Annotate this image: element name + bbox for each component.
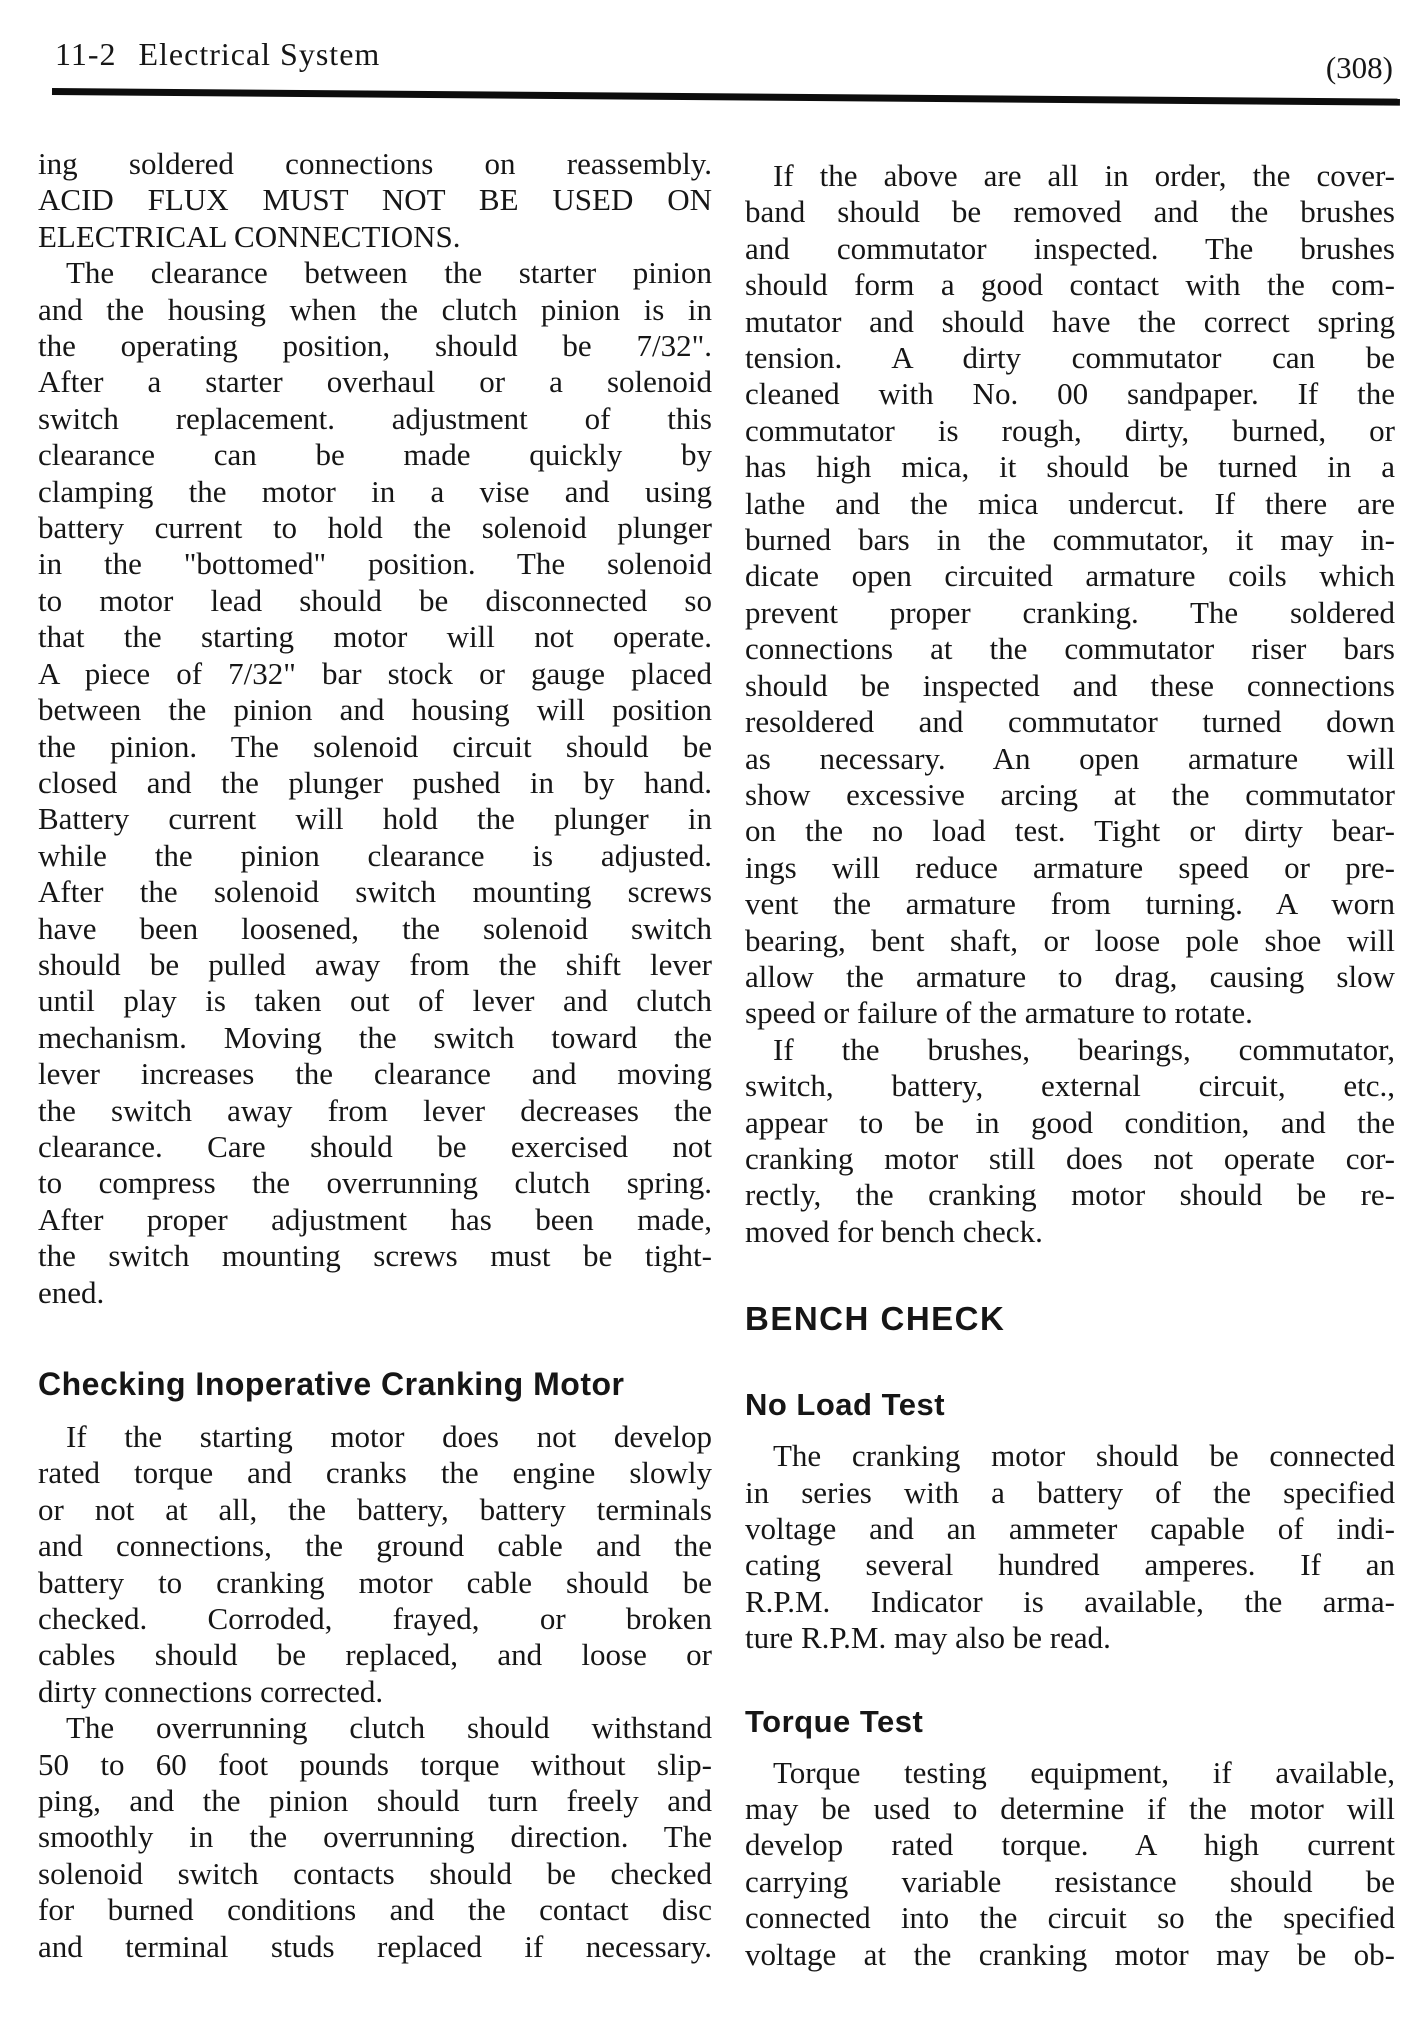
text-line: mechanism. Moving the switch toward the xyxy=(38,1020,712,1056)
header-left: 11-2Electrical System xyxy=(55,36,380,73)
text-line: cating several hundred amperes. If an xyxy=(745,1547,1395,1583)
text-line: and terminal studs replaced if necessary… xyxy=(38,1929,712,1965)
text-line: A piece of 7/32" bar stock or gauge plac… xyxy=(38,656,712,692)
running-header: 11-2Electrical System (308) xyxy=(55,34,1395,78)
text-line: connected into the circuit so the specif… xyxy=(745,1900,1395,1936)
text-line: battery to cranking motor cable should b… xyxy=(38,1565,712,1601)
text-line: should be inspected and these connection… xyxy=(745,668,1395,704)
header-title: Electrical System xyxy=(138,36,380,72)
paragraph: The cranking motor should be connectedin… xyxy=(745,1438,1395,1656)
text-line: lever increases the clearance and moving xyxy=(38,1056,712,1092)
text-line: smoothly in the overrunning direction. T… xyxy=(38,1819,712,1855)
text-line: clearance can be made quickly by xyxy=(38,437,712,473)
text-line: have been loosened, the solenoid switch xyxy=(38,911,712,947)
text-line: closed and the plunger pushed in by hand… xyxy=(38,765,712,801)
text-line: has high mica, it should be turned in a xyxy=(745,449,1395,485)
section-heading: No Load Test xyxy=(745,1384,1395,1426)
text-line: prevent proper cranking. The soldered xyxy=(745,595,1395,631)
text-line: dicate open circuited armature coils whi… xyxy=(745,558,1395,594)
section-heading: Checking Inoperative Cranking Motor xyxy=(38,1363,712,1405)
text-line: the pinion. The solenoid circuit should … xyxy=(38,729,712,765)
text-line: carrying variable resistance should be xyxy=(745,1864,1395,1900)
text-line: If the brushes, bearings, commutator, xyxy=(745,1032,1395,1068)
text-line: battery current to hold the solenoid plu… xyxy=(38,510,712,546)
text-line: switch replacement. adjustment of this xyxy=(38,401,712,437)
text-line: while the pinion clearance is adjusted. xyxy=(38,838,712,874)
text-line: checked. Corroded, frayed, or broken xyxy=(38,1601,712,1637)
text-line: cranking motor still does not operate co… xyxy=(745,1141,1395,1177)
text-line: R.P.M. Indicator is available, the arma- xyxy=(745,1584,1395,1620)
text-line: connections at the commutator riser bars xyxy=(745,631,1395,667)
right-column: If the above are all in order, the cover… xyxy=(745,158,1395,1973)
text-line: in the "bottomed" position. The solenoid xyxy=(38,546,712,582)
text-line: ACID FLUX MUST NOT BE USED ON xyxy=(38,182,712,218)
paragraph: The clearance between the starter pinion… xyxy=(38,255,712,1311)
text-line: Battery current will hold the plunger in xyxy=(38,801,712,837)
text-line: solenoid switch contacts should be check… xyxy=(38,1856,712,1892)
text-line: and connections, the ground cable and th… xyxy=(38,1528,712,1564)
paragraph: If the above are all in order, the cover… xyxy=(745,158,1395,1032)
left-column: ing soldered connections on reassembly.A… xyxy=(38,146,712,1965)
text-line: the switch away from lever decreases the xyxy=(38,1093,712,1129)
text-line: 50 to 60 foot pounds torque without slip… xyxy=(38,1747,712,1783)
text-line: between the pinion and housing will posi… xyxy=(38,692,712,728)
text-line: show excessive arcing at the commutator xyxy=(745,777,1395,813)
text-line: speed or failure of the armature to rota… xyxy=(745,995,1395,1031)
text-line: commutator is rough, dirty, burned, or xyxy=(745,413,1395,449)
text-line: until play is taken out of lever and clu… xyxy=(38,983,712,1019)
text-line: mutator and should have the correct spri… xyxy=(745,304,1395,340)
text-line: ture R.P.M. may also be read. xyxy=(745,1620,1395,1656)
text-line: may be used to determine if the motor wi… xyxy=(745,1791,1395,1827)
text-line: switch, battery, external circuit, etc., xyxy=(745,1068,1395,1104)
text-line: and commutator inspected. The brushes xyxy=(745,231,1395,267)
text-line: dirty connections corrected. xyxy=(38,1674,712,1710)
text-line: burned bars in the commutator, it may in… xyxy=(745,522,1395,558)
text-line: rectly, the cranking motor should be re- xyxy=(745,1177,1395,1213)
text-line: allow the armature to drag, causing slow xyxy=(745,959,1395,995)
text-line: appear to be in good condition, and the xyxy=(745,1105,1395,1141)
text-line: ened. xyxy=(38,1275,712,1311)
paragraph: Torque testing equipment, if available,m… xyxy=(745,1755,1395,1973)
text-line: If the above are all in order, the cover… xyxy=(745,158,1395,194)
text-line: ing soldered connections on reassembly. xyxy=(38,146,712,182)
text-line: The overrunning clutch should withstand xyxy=(38,1710,712,1746)
text-line: develop rated torque. A high current xyxy=(745,1827,1395,1863)
header-rule xyxy=(52,88,1400,106)
text-line: resoldered and commutator turned down xyxy=(745,704,1395,740)
text-line: voltage and an ammeter capable of indi- xyxy=(745,1511,1395,1547)
text-line: and the housing when the clutch pinion i… xyxy=(38,292,712,328)
text-line: clamping the motor in a vise and using xyxy=(38,474,712,510)
text-line: ping, and the pinion should turn freely … xyxy=(38,1783,712,1819)
text-line: tension. A dirty commutator can be xyxy=(745,340,1395,376)
text-line: should be pulled away from the shift lev… xyxy=(38,947,712,983)
text-line: the operating position, should be 7/32". xyxy=(38,328,712,364)
paragraph: If the brushes, bearings, commutator,swi… xyxy=(745,1032,1395,1250)
header-section-number: 11-2 xyxy=(55,36,116,72)
text-line: on the no load test. Tight or dirty bear… xyxy=(745,813,1395,849)
text-line: Torque testing equipment, if available, xyxy=(745,1755,1395,1791)
text-line: to compress the overrunning clutch sprin… xyxy=(38,1165,712,1201)
text-line: rated torque and cranks the engine slowl… xyxy=(38,1455,712,1491)
text-line: ELECTRICAL CONNECTIONS. xyxy=(38,219,712,255)
text-line: in series with a battery of the specifie… xyxy=(745,1475,1395,1511)
text-line: that the starting motor will not operate… xyxy=(38,619,712,655)
section-heading: Torque Test xyxy=(745,1701,1395,1743)
text-line: the switch mounting screws must be tight… xyxy=(38,1238,712,1274)
text-line: After proper adjustment has been made, xyxy=(38,1202,712,1238)
text-line: vent the armature from turning. A worn xyxy=(745,886,1395,922)
paragraph: The overrunning clutch should withstand5… xyxy=(38,1710,712,1965)
text-line: should form a good contact with the com- xyxy=(745,267,1395,303)
text-line: to motor lead should be disconnected so xyxy=(38,583,712,619)
header-page-number: (308) xyxy=(1326,50,1393,86)
section-heading: BENCH CHECK xyxy=(745,1298,1395,1340)
text-line: or not at all, the battery, battery term… xyxy=(38,1492,712,1528)
text-line: After the solenoid switch mounting screw… xyxy=(38,874,712,910)
text-line: ings will reduce armature speed or pre- xyxy=(745,850,1395,886)
text-line: The clearance between the starter pinion xyxy=(38,255,712,291)
text-line: The cranking motor should be connected xyxy=(745,1438,1395,1474)
text-line: clearance. Care should be exercised not xyxy=(38,1129,712,1165)
paragraph: If the starting motor does not developra… xyxy=(38,1419,712,1710)
text-line: for burned conditions and the contact di… xyxy=(38,1892,712,1928)
manual-page: 11-2Electrical System (308) ing soldered… xyxy=(0,0,1425,2019)
text-line: voltage at the cranking motor may be ob- xyxy=(745,1937,1395,1973)
text-line: If the starting motor does not develop xyxy=(38,1419,712,1455)
text-line: moved for bench check. xyxy=(745,1214,1395,1250)
text-line: bearing, bent shaft, or loose pole shoe … xyxy=(745,923,1395,959)
text-line: cleaned with No. 00 sandpaper. If the xyxy=(745,376,1395,412)
text-line: lathe and the mica undercut. If there ar… xyxy=(745,486,1395,522)
paragraph: ing soldered connections on reassembly.A… xyxy=(38,146,712,255)
text-line: band should be removed and the brushes xyxy=(745,194,1395,230)
text-line: After a starter overhaul or a solenoid xyxy=(38,364,712,400)
text-line: as necessary. An open armature will xyxy=(745,741,1395,777)
text-line: cables should be replaced, and loose or xyxy=(38,1637,712,1673)
